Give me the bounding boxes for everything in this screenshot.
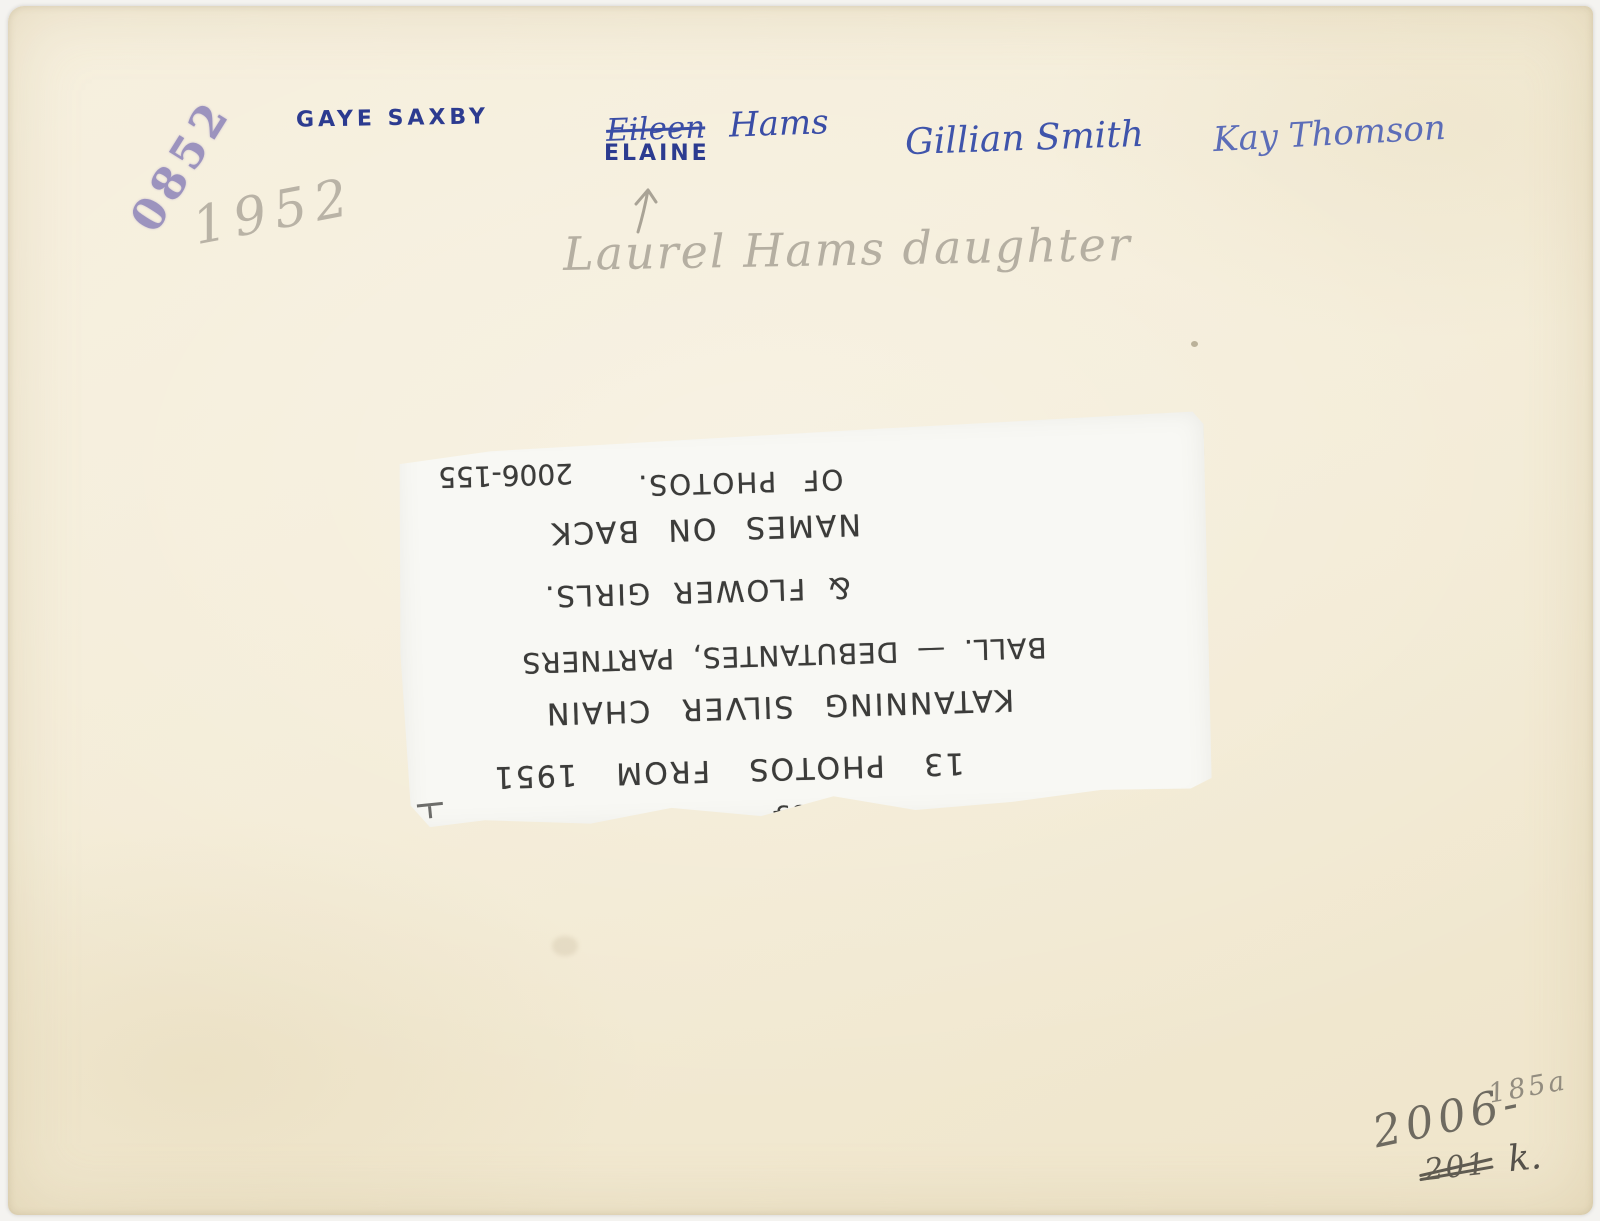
- name-gillian-smith: Gillian Smith: [904, 114, 1144, 163]
- paper-speck: [1191, 341, 1198, 347]
- paper-smudge: [552, 936, 578, 956]
- archive-ref-struck: 201: [1423, 1147, 1490, 1188]
- name-gaye-saxby: GAYE SAXBY: [296, 104, 489, 132]
- label-torn-mark: [417, 802, 444, 820]
- archival-label: 2006-155 OF PHOTOS. NAMES ON BACK & FLOW…: [392, 408, 1216, 834]
- pencil-note-laurel: Laurel Hams daughter: [563, 217, 1133, 281]
- name-hams: Hams: [728, 102, 829, 145]
- label-line-of-photos: OF PHOTOS.: [613, 458, 866, 507]
- label-line-names-on-back: NAMES ON BACK: [523, 500, 888, 559]
- archive-ref-suffix: k.: [1506, 1136, 1543, 1180]
- label-line-photos-from: 13 PHOTOS FROM 1951: [454, 736, 1003, 804]
- label-line-flower-girls: & FLOWER GIRLS.: [510, 562, 883, 623]
- name-elaine-correction: ELAINE: [604, 141, 710, 166]
